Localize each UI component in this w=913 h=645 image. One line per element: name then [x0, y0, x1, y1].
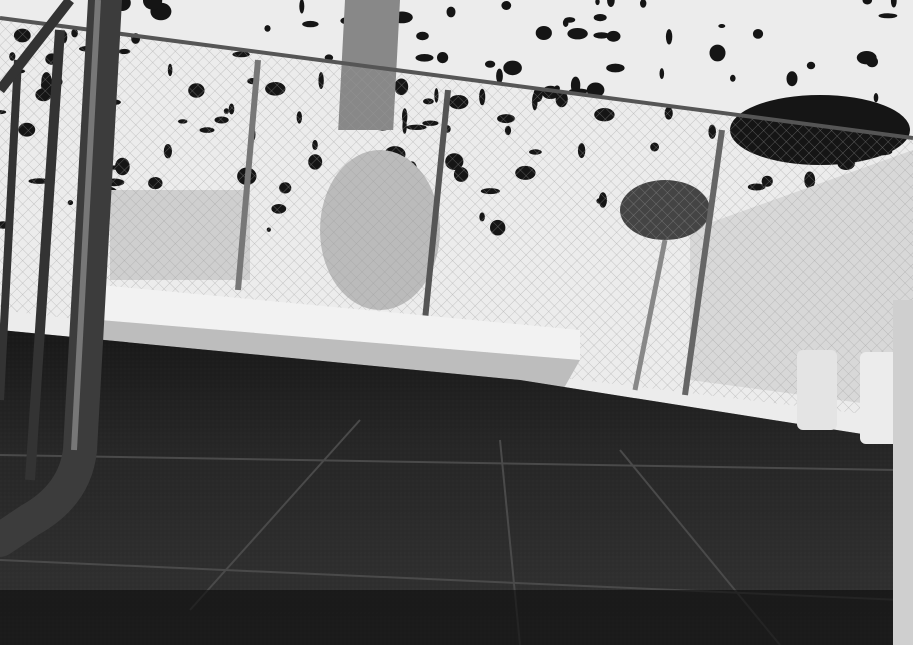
photo-scene	[0, 0, 913, 645]
scene-illustration	[0, 0, 913, 645]
bollard	[797, 350, 837, 430]
right-post	[893, 300, 913, 645]
floor-foreground-shadow	[0, 590, 913, 645]
